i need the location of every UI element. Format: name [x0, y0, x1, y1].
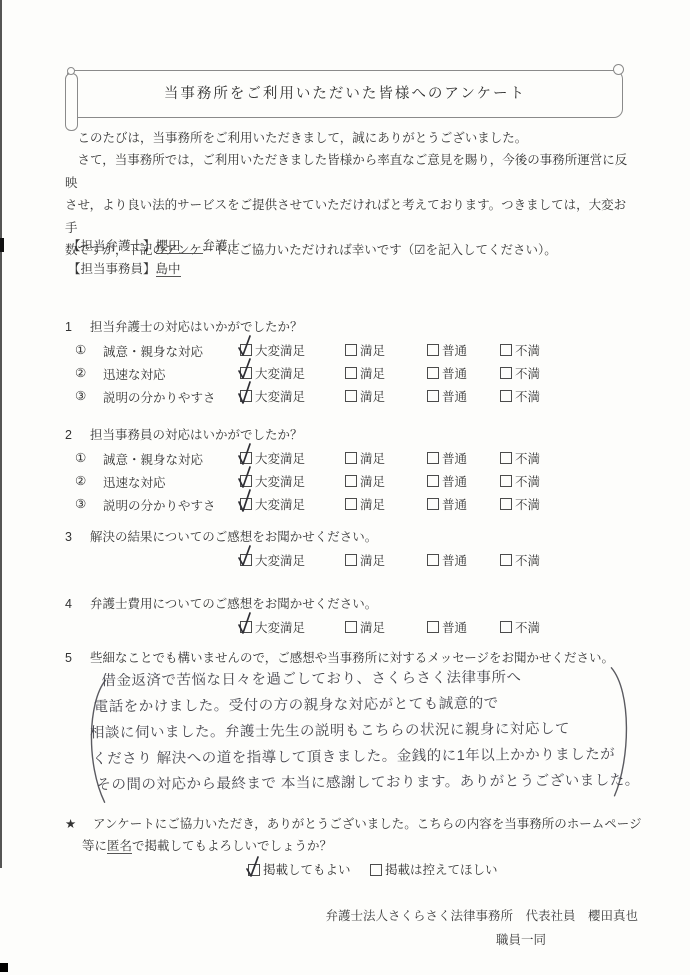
checkbox-icon — [500, 452, 512, 464]
checkbox-satisfied[interactable]: 満足 — [345, 446, 385, 469]
option-label: 満足 — [360, 551, 385, 569]
question-number: 4 — [65, 597, 90, 611]
checkbox-satisfied[interactable]: 満足 — [345, 548, 385, 571]
checkbox-icon — [240, 390, 252, 402]
checkbox-icon — [500, 554, 512, 566]
question-2: 2担当事務員の対応はいかがでしたか？ ① 誠意・親身な対応 大変満足 満足 普通… — [65, 425, 645, 515]
question-3: 3解決の結果についてのご感想をお聞かせください。 大変満足 満足 普通 不満 — [65, 527, 645, 571]
option-label: 掲載してもよい — [263, 859, 351, 881]
publish-consent-section: ★アンケートにご協力いただき，ありがとうございました。こちらの内容を当事務所のホ… — [65, 813, 645, 882]
checkbox-icon — [345, 475, 357, 487]
checkbox-dissatisfied[interactable]: 不満 — [500, 615, 540, 638]
question-text: 解決の結果についてのご感想をお聞かせください。 — [90, 530, 377, 544]
option-label: 普通 — [442, 387, 467, 405]
option-label: 満足 — [360, 387, 385, 405]
item-label: 誠意・親身な対応 — [103, 450, 203, 468]
option-label: 掲載は控えてほしい — [385, 859, 498, 881]
option-label: 普通 — [442, 472, 467, 490]
handwritten-comment: 借金返済で苦悩な日々を過ごしており、さくらさく法律事所へ 電話をかけました。受付… — [77, 664, 638, 811]
checkbox-neutral[interactable]: 普通 — [427, 446, 467, 469]
checkbox-icon — [427, 498, 439, 510]
item-number: ② — [75, 365, 86, 380]
checkbox-very-satisfied[interactable]: 大変満足 — [240, 615, 305, 638]
checkbox-very-satisfied[interactable]: 大変満足 — [240, 361, 305, 384]
star-icon: ★ — [65, 813, 93, 835]
rating-row-clarity: ③ 説明の分かりやすさ 大変満足 満足 普通 不満 — [65, 492, 645, 515]
question-text: 担当事務員の対応はいかがでしたか？ — [90, 428, 303, 442]
signature-block: 弁護士法人さくらさく法律事務所 代表社員 櫻田真也 職員一同 — [0, 904, 638, 952]
option-label: 不満 — [515, 495, 540, 513]
item-label: 説明の分かりやすさ — [103, 496, 216, 514]
closing-line-2: 等に匿名で掲載してもよろしいでしょうか？ — [65, 835, 645, 857]
rating-row-sincerity: ① 誠意・親身な対応 大変満足 満足 普通 不満 — [65, 446, 645, 469]
clerk-label: 【担当事務員】 — [68, 262, 156, 276]
checkbox-dissatisfied[interactable]: 不満 — [500, 492, 540, 515]
checkbox-icon — [240, 452, 252, 464]
intro-line: させ，より良い法的サービスをご提供させていただければと考えております。つきまして… — [65, 194, 631, 239]
checkbox-icon — [240, 367, 252, 379]
option-label: 普通 — [442, 618, 467, 636]
rating-row-clarity: ③ 説明の分かりやすさ 大変満足 満足 普通 不満 — [65, 384, 645, 407]
survey-document: 当事務所をご利用いただいた皆様へのアンケート このたびは，当事務所をご利用いただ… — [0, 0, 690, 975]
checkbox-neutral[interactable]: 普通 — [427, 469, 467, 492]
checkbox-satisfied[interactable]: 満足 — [345, 384, 385, 407]
question-1: 1担当弁護士の対応はいかがでしたか？ ① 誠意・親身な対応 大変満足 満足 普通… — [65, 317, 645, 407]
item-label: 誠意・親身な対応 — [103, 342, 203, 360]
question-number: 1 — [65, 320, 90, 334]
checkbox-satisfied[interactable]: 満足 — [345, 492, 385, 515]
intro-line: さて，当事務所では，ご利用いただきました皆様から率直なご意見を賜り，今後の事務所… — [65, 149, 631, 194]
checkbox-icon — [500, 498, 512, 510]
option-label: 普通 — [442, 551, 467, 569]
checkbox-dissatisfied[interactable]: 不満 — [500, 384, 540, 407]
item-number: ③ — [75, 496, 86, 511]
item-label: 迅速な対応 — [103, 365, 166, 383]
staff-signature: 職員一同 — [0, 928, 638, 952]
assigned-lawyer-line: 【担当弁護士】櫻田弁護士 — [68, 235, 240, 258]
checkbox-icon — [345, 621, 357, 633]
title-banner: 当事務所をご利用いただいた皆様へのアンケート — [67, 70, 623, 118]
intro-line: このたびは，当事務所をご利用いただきまして，誠にありがとうございました。 — [65, 127, 631, 149]
checkbox-very-satisfied[interactable]: 大変満足 — [240, 548, 305, 571]
option-label: 大変満足 — [255, 387, 305, 405]
rating-row-speed: ② 迅速な対応 大変満足 満足 普通 不満 — [65, 469, 645, 492]
checkbox-icon — [427, 367, 439, 379]
rating-row-result: 大変満足 満足 普通 不満 — [65, 548, 645, 571]
checkbox-icon — [427, 452, 439, 464]
page-title: 当事務所をご利用いただいた皆様へのアンケート — [68, 71, 622, 117]
checkbox-icon — [500, 621, 512, 633]
checkbox-very-satisfied[interactable]: 大変満足 — [240, 446, 305, 469]
checkbox-dissatisfied[interactable]: 不満 — [500, 361, 540, 384]
rating-row-speed: ② 迅速な対応 大変満足 満足 普通 不満 — [65, 361, 645, 384]
lawyer-label: 【担当弁護士】 — [68, 239, 156, 253]
checkbox-neutral[interactable]: 普通 — [427, 615, 467, 638]
option-label: 大変満足 — [255, 364, 305, 382]
checkbox-icon — [500, 475, 512, 487]
checkbox-icon — [345, 498, 357, 510]
closing-line-1: ★アンケートにご協力いただき，ありがとうございました。こちらの内容を当事務所のホ… — [65, 813, 645, 835]
checkbox-icon — [240, 344, 252, 356]
option-label: 満足 — [360, 341, 385, 359]
checkbox-icon — [240, 475, 252, 487]
option-label: 不満 — [515, 364, 540, 382]
office-signature: 弁護士法人さくらさく法律事務所 代表社員 櫻田真也 — [0, 904, 638, 928]
option-label: 普通 — [442, 341, 467, 359]
item-label: 迅速な対応 — [103, 473, 166, 491]
checkbox-very-satisfied[interactable]: 大変満足 — [240, 469, 305, 492]
checkbox-icon — [427, 554, 439, 566]
closing-text: 等に — [82, 839, 107, 853]
lawyer-suffix: 弁護士 — [203, 239, 241, 253]
checkbox-neutral[interactable]: 普通 — [427, 338, 467, 361]
option-label: 大変満足 — [255, 495, 305, 513]
handwritten-line: その間の対応から最終まで 本当に感謝しております。ありがとうございました。 — [96, 767, 656, 798]
checkbox-icon — [345, 390, 357, 402]
option-label: 満足 — [360, 472, 385, 490]
option-label: 不満 — [515, 618, 540, 636]
question-3-title: 3解決の結果についてのご感想をお聞かせください。 — [65, 527, 645, 545]
question-number: 5 — [65, 651, 90, 665]
closing-text: アンケートにご協力いただき，ありがとうございました。こちらの内容を当事務所のホー… — [93, 817, 642, 831]
option-label: 満足 — [360, 618, 385, 636]
option-label: 大変満足 — [255, 551, 305, 569]
checkbox-icon — [248, 864, 260, 876]
checkbox-publish-no[interactable]: 掲載は控えてほしい — [370, 859, 498, 882]
checkbox-very-satisfied[interactable]: 大変満足 — [240, 492, 305, 515]
question-text: 些細なことでも構いませんので，ご感想や当事務所に対するメッセージをお聞かせくださ… — [90, 651, 614, 665]
assigned-clerk-line: 【担当事務員】島中 — [68, 258, 240, 281]
option-label: 大変満足 — [255, 618, 305, 636]
lawyer-name: 櫻田 — [156, 239, 203, 254]
option-label: 不満 — [515, 472, 540, 490]
closing-text: で掲載してもよろしいでしょうか？ — [132, 839, 332, 853]
option-label: 普通 — [442, 449, 467, 467]
question-number: 3 — [65, 530, 90, 544]
checkbox-icon — [345, 367, 357, 379]
checkbox-satisfied[interactable]: 満足 — [345, 469, 385, 492]
item-number: ① — [75, 450, 86, 465]
checkbox-icon — [345, 452, 357, 464]
item-number: ③ — [75, 388, 86, 403]
option-label: 不満 — [515, 551, 540, 569]
clerk-name: 島中 — [156, 262, 181, 277]
checkbox-dissatisfied[interactable]: 不満 — [500, 446, 540, 469]
option-label: 満足 — [360, 449, 385, 467]
checkbox-icon — [370, 864, 382, 876]
checkbox-icon — [240, 554, 252, 566]
checkbox-satisfied[interactable]: 満足 — [345, 615, 385, 638]
checkbox-satisfied[interactable]: 満足 — [345, 361, 385, 384]
option-label: 不満 — [515, 387, 540, 405]
checkbox-icon — [427, 621, 439, 633]
checkbox-neutral[interactable]: 普通 — [427, 361, 467, 384]
checkbox-dissatisfied[interactable]: 不満 — [500, 548, 540, 571]
rating-row-sincerity: ① 誠意・親身な対応 大変満足 満足 普通 不満 — [65, 338, 645, 361]
checkbox-icon — [345, 344, 357, 356]
option-label: 大変満足 — [255, 472, 305, 490]
anonymous-underlined: 匿名 — [107, 839, 132, 854]
checkbox-icon — [427, 390, 439, 402]
scan-corner-mark — [0, 963, 8, 972]
question-4: 4弁護士費用についてのご感想をお聞かせください。 大変満足 満足 普通 不満 — [65, 594, 645, 638]
scan-edge-artifact — [0, 0, 2, 868]
question-number: 2 — [65, 428, 90, 442]
question-1-title: 1担当弁護士の対応はいかがでしたか？ — [65, 317, 645, 335]
rating-row-fees: 大変満足 満足 普通 不満 — [65, 615, 645, 638]
assignee-section: 【担当弁護士】櫻田弁護士 【担当事務員】島中 — [68, 235, 240, 281]
item-label: 説明の分かりやすさ — [103, 388, 216, 406]
checkbox-icon — [427, 344, 439, 356]
checkbox-neutral[interactable]: 普通 — [427, 548, 467, 571]
checkbox-icon — [427, 475, 439, 487]
checkbox-icon — [240, 621, 252, 633]
checkbox-dissatisfied[interactable]: 不満 — [500, 338, 540, 361]
checkbox-icon — [500, 390, 512, 402]
checkbox-neutral[interactable]: 普通 — [427, 492, 467, 515]
checkbox-icon — [500, 367, 512, 379]
item-number: ② — [75, 473, 86, 488]
checkbox-satisfied[interactable]: 満足 — [345, 338, 385, 361]
question-2-title: 2担当事務員の対応はいかがでしたか？ — [65, 425, 645, 443]
option-label: 大変満足 — [255, 449, 305, 467]
checkbox-neutral[interactable]: 普通 — [427, 384, 467, 407]
scan-smudge-artifact — [0, 238, 4, 252]
question-4-title: 4弁護士費用についてのご感想をお聞かせください。 — [65, 594, 645, 612]
checkbox-very-satisfied[interactable]: 大変満足 — [240, 384, 305, 407]
option-label: 満足 — [360, 364, 385, 382]
option-label: 不満 — [515, 341, 540, 359]
checkbox-icon — [240, 498, 252, 510]
checkbox-icon — [345, 554, 357, 566]
option-label: 普通 — [442, 364, 467, 382]
item-number: ① — [75, 342, 86, 357]
option-label: 不満 — [515, 449, 540, 467]
question-text: 担当弁護士の対応はいかがでしたか？ — [90, 320, 303, 334]
question-text: 弁護士費用についてのご感想をお聞かせください。 — [90, 597, 377, 611]
publish-consent-row: 掲載してもよい 掲載は控えてほしい — [65, 859, 645, 882]
option-label: 大変満足 — [255, 341, 305, 359]
checkbox-very-satisfied[interactable]: 大変満足 — [240, 338, 305, 361]
option-label: 満足 — [360, 495, 385, 513]
checkbox-publish-ok[interactable]: 掲載してもよい — [248, 859, 351, 882]
checkbox-dissatisfied[interactable]: 不満 — [500, 469, 540, 492]
option-label: 普通 — [442, 495, 467, 513]
checkbox-icon — [500, 344, 512, 356]
